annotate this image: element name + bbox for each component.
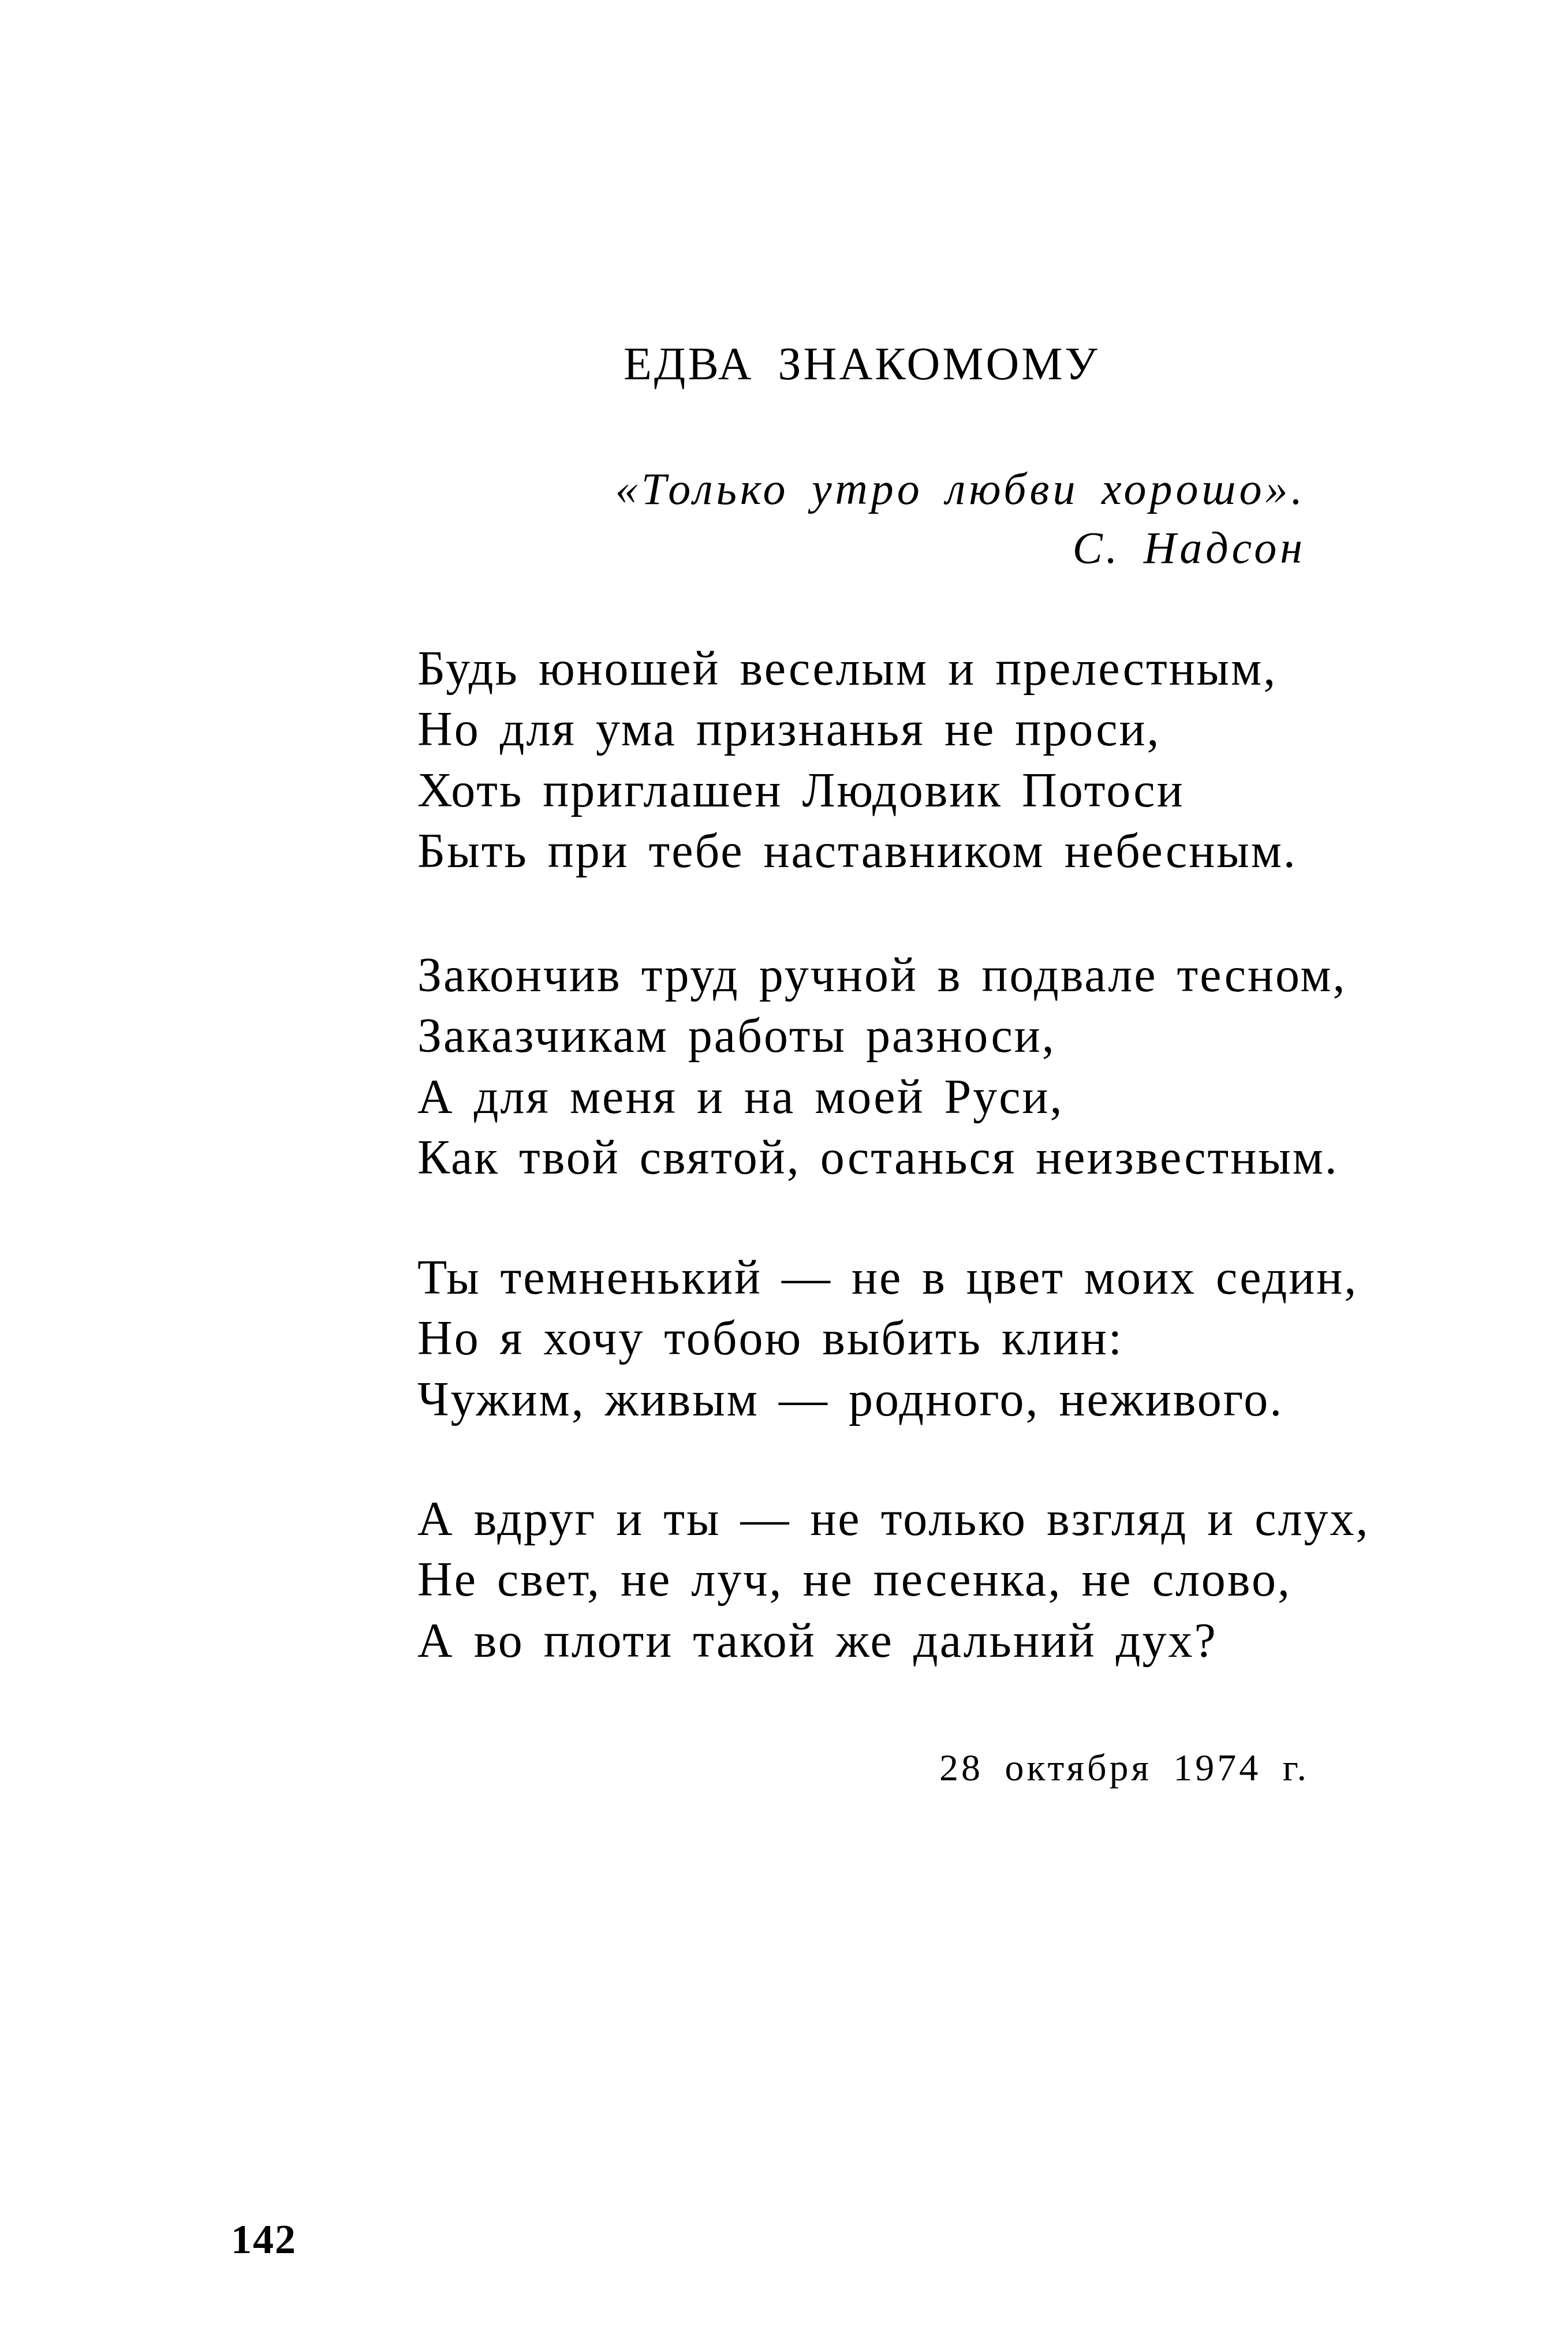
- poem-line: Как твой святой, останься неизвестным.: [417, 1134, 1339, 1182]
- poem-line: А для меня и на моей Руси,: [417, 1073, 1064, 1122]
- poem-date: 28 октября 1974 г.: [939, 1749, 1309, 1787]
- poem-line: Но для ума признанья не проси,: [417, 705, 1160, 754]
- poem-line: Хоть приглашен Людовик Потоси: [417, 767, 1185, 815]
- poem-line: Заказчикам работы разноси,: [417, 1012, 1056, 1060]
- poem-line: Будь юношей веселым и прелестным,: [417, 645, 1277, 693]
- poem-line: Чужим, живым — родного, неживого.: [417, 1376, 1283, 1424]
- poem-line: Ты темненький — не в цвет моих седин,: [417, 1254, 1358, 1302]
- poem-line: Но я хочу тобою выбить клин:: [417, 1314, 1123, 1363]
- book-page: ЕДВА ЗНАКОМОМУ «Только утро любви хорошо…: [0, 0, 1568, 2327]
- poem-line: Закончив труд ручной в подвале тесном,: [417, 951, 1346, 1000]
- epigraph-quote: «Только утро любви хорошо».: [615, 466, 1306, 511]
- poem-line: А во плоти такой же дальний дух?: [417, 1617, 1218, 1665]
- page-number: 142: [231, 2218, 297, 2260]
- poem-title: ЕДВА ЗНАКОМОМУ: [624, 341, 1100, 387]
- epigraph-author: С. Надсон: [1073, 525, 1306, 570]
- poem-line: А вдруг и ты — не только взгляд и слух,: [417, 1495, 1369, 1544]
- poem-line: Не свет, не луч, не песенка, не слово,: [417, 1556, 1291, 1604]
- poem-line: Быть при тебе наставником небесным.: [417, 827, 1297, 876]
